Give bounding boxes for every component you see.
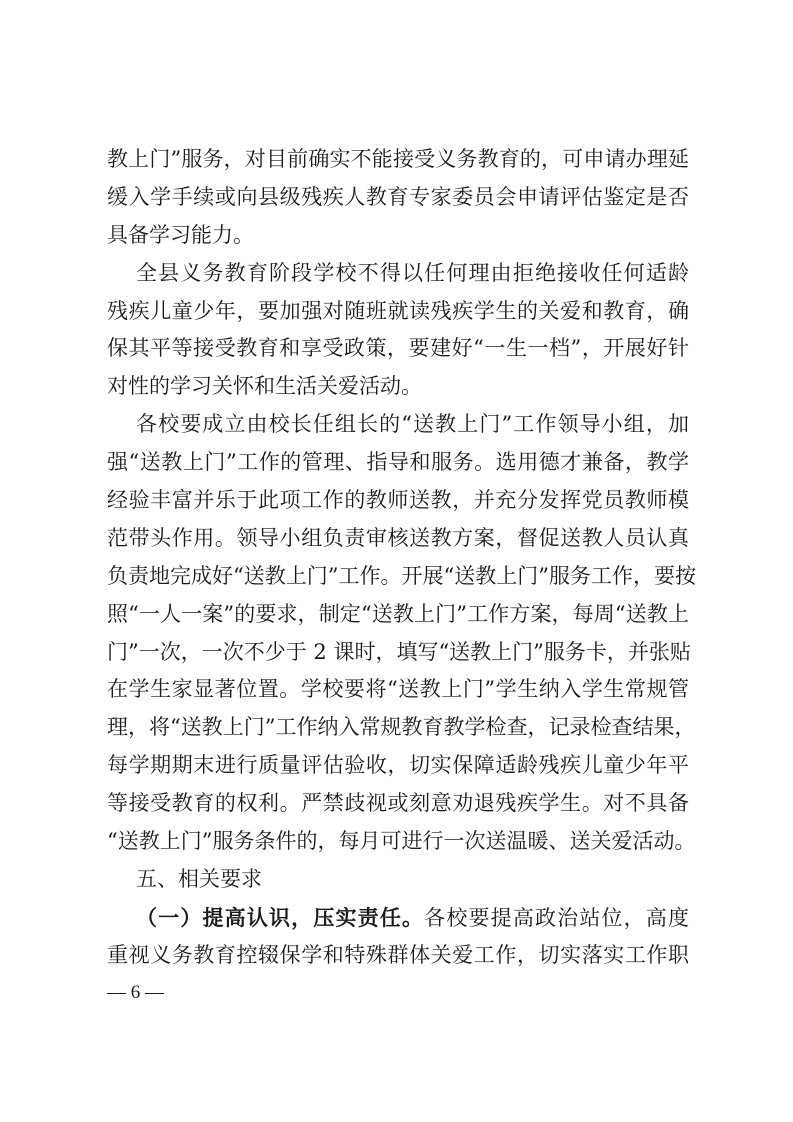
- text-line: 重视义务教育控辍保学和特殊群体关爱工作，切实落实工作职: [107, 937, 689, 975]
- text-line: 残疾儿童少年，要加强对随班就读残疾学生的关爱和教育，确: [107, 293, 689, 331]
- text-line: 理，将“送教上门”工作纳入常规教育教学检查，记录检查结果，: [107, 709, 689, 747]
- text-line: （一）提高认识，压实责任。各校要提高政治站位，高度: [107, 899, 689, 937]
- text-line: 范带头作用。领导小组负责审核送教方案，督促送教人员认真: [107, 520, 689, 558]
- subsection-title: （一）提高认识，压实责任。: [136, 905, 424, 930]
- text-line: 在学生家显著位置。学校要将“送教上门”学生纳入学生常规管: [107, 671, 689, 709]
- page-number: — 6 —: [107, 982, 164, 1004]
- text-line: 强“送教上门”工作的管理、指导和服务。选用德才兼备，教学: [107, 444, 689, 482]
- paragraph-home-teaching: 各校要成立由校长任组长的“送教上门”工作领导小组，加 强“送教上门”工作的管理、…: [107, 406, 689, 861]
- text-line: 保其平等接受教育和享受政策，要建好“一生一档”，开展好针: [107, 330, 689, 368]
- text-line: 对性的学习关怀和生活关爱活动。: [107, 368, 689, 406]
- text-line: 具备学习能力。: [107, 217, 689, 255]
- text-line: 教上门”服务，对目前确实不能接受义务教育的，可申请办理延: [107, 141, 689, 179]
- subsection-responsibility: （一）提高认识，压实责任。各校要提高政治站位，高度 重视义务教育控辍保学和特殊群…: [107, 899, 689, 975]
- document-body: 教上门”服务，对目前确实不能接受义务教育的，可申请办理延 缓入学手续或向县级残疾…: [107, 141, 689, 975]
- section-heading: 五、相关要求: [107, 861, 689, 899]
- text-line: 各校要成立由校长任组长的“送教上门”工作领导小组，加: [107, 406, 689, 444]
- paragraph-inclusion: 全县义务教育阶段学校不得以任何理由拒绝接收任何适龄 残疾儿童少年，要加强对随班就…: [107, 255, 689, 407]
- text-line: 负责地完成好“送教上门”工作。开展“送教上门”服务工作，要按: [107, 558, 689, 596]
- text-line: 缓入学手续或向县级残疾人教育专家委员会申请评估鉴定是否: [107, 179, 689, 217]
- text-line: 经验丰富并乐于此项工作的教师送教，并充分发挥党员教师模: [107, 482, 689, 520]
- document-page: 教上门”服务，对目前确实不能接受义务教育的，可申请办理延 缓入学手续或向县级残疾…: [0, 0, 793, 1122]
- text-line: 照“一人一案”的要求，制定“送教上门”工作方案，每周“送教上: [107, 596, 689, 634]
- text-line: “送教上门”服务条件的，每月可进行一次送温暖、送关爱活动。: [107, 823, 689, 861]
- text-line: 全县义务教育阶段学校不得以任何理由拒绝接收任何适龄: [107, 255, 689, 293]
- text-line: 等接受教育的权利。严禁歧视或刻意劝退残疾学生。对不具备: [107, 785, 689, 823]
- text-line: 每学期期末进行质量评估验收，切实保障适龄残疾儿童少年平: [107, 747, 689, 785]
- subsection-text: 各校要提高政治站位，高度: [424, 906, 689, 930]
- text-line: 门”一次，一次不少于 2 课时，填写“送教上门”服务卡，并张贴: [107, 634, 689, 672]
- paragraph-continuation: 教上门”服务，对目前确实不能接受义务教育的，可申请办理延 缓入学手续或向县级残疾…: [107, 141, 689, 255]
